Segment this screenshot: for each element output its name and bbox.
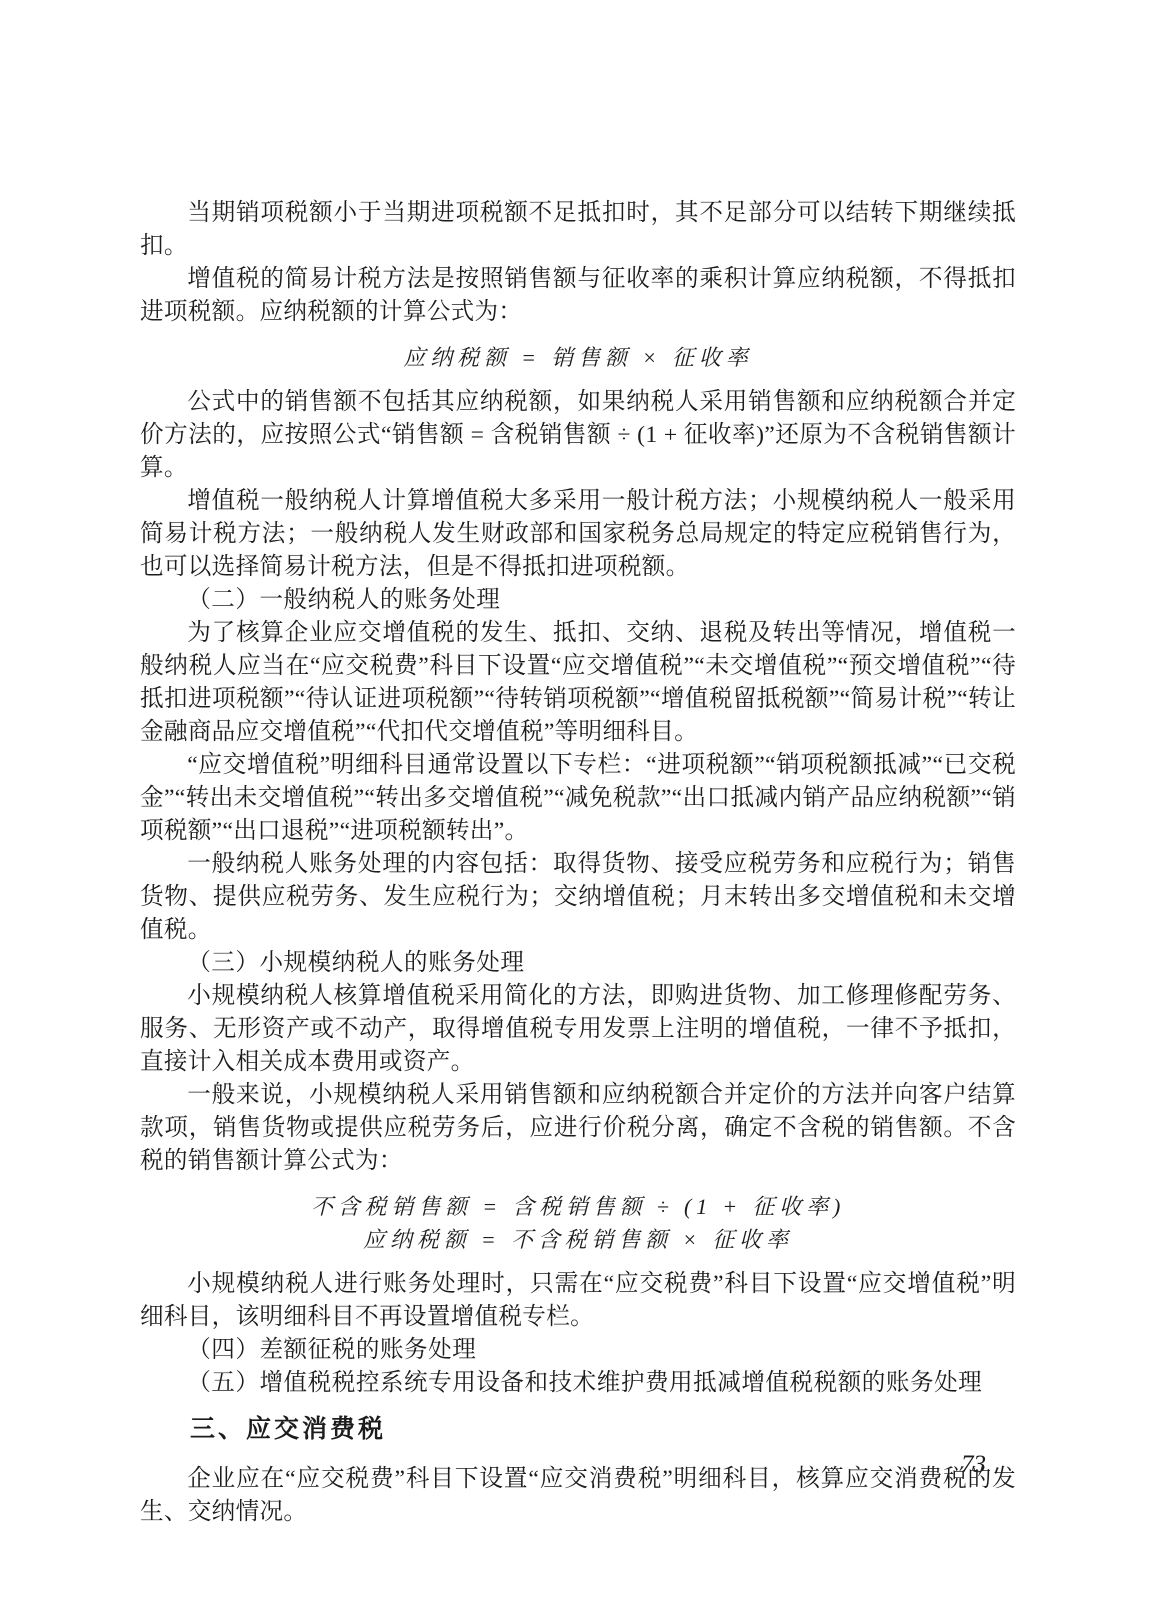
subheading-differential-taxation: （四）差额征税的账务处理 <box>140 1334 1016 1367</box>
page-number: 73 <box>140 1451 1016 1479</box>
paragraph: 一般来说，小规模纳税人采用销售额和应纳税额合并定价的方法并向客户结算款项，销售货… <box>140 1079 1016 1178</box>
paragraph: 当期销项税额小于当期进项税额不足抵扣时，其不足部分可以结转下期继续抵扣。 <box>140 197 1016 263</box>
formula-tax-payable-small: 应纳税额 = 不含税销售额 × 征收率 <box>140 1223 1016 1256</box>
formula-tax-payable: 应纳税额 = 销售额 × 征收率 <box>140 341 1016 374</box>
section-heading-consumption-tax: 三、应交消费税 <box>140 1413 1016 1446</box>
subheading-tax-control-system: （五）增值税税控系统专用设备和技术维护费用抵减增值税税额的账务处理 <box>140 1367 1016 1400</box>
page-body: 当期销项税额小于当期进项税额不足抵扣时，其不足部分可以结转下期继续抵扣。 增值税… <box>140 197 1016 1529</box>
paragraph: 公式中的销售额不包括其应纳税额，如果纳税人采用销售额和应纳税额合并定价方法的，应… <box>140 386 1016 485</box>
paragraph: 为了核算企业应交增值税的发生、抵扣、交纳、退税及转出等情况，增值税一般纳税人应当… <box>140 617 1016 749</box>
paragraph: 增值税一般纳税人计算增值税大多采用一般计税方法；小规模纳税人一般采用简易计税方法… <box>140 485 1016 584</box>
paragraph: 小规模纳税人核算增值税采用简化的方法，即购进货物、加工修理修配劳务、服务、无形资… <box>140 980 1016 1079</box>
paragraph: 一般纳税人账务处理的内容包括：取得货物、接受应税劳务和应税行为；销售货物、提供应… <box>140 848 1016 947</box>
subheading-general-taxpayer: （二）一般纳税人的账务处理 <box>140 584 1016 617</box>
formula-sales-excl-tax: 不含税销售额 = 含税销售额 ÷ (1 + 征收率) <box>140 1190 1016 1223</box>
subheading-small-scale-taxpayer: （三）小规模纳税人的账务处理 <box>140 947 1016 980</box>
paragraph: “应交增值税”明细科目通常设置以下专栏：“进项税额”“销项税额抵减”“已交税金”… <box>140 749 1016 848</box>
paragraph: 增值税的简易计税方法是按照销售额与征收率的乘积计算应纳税额，不得抵扣进项税额。应… <box>140 263 1016 329</box>
paragraph: 小规模纳税人进行账务处理时，只需在“应交税费”科目下设置“应交增值税”明细科目，… <box>140 1268 1016 1334</box>
